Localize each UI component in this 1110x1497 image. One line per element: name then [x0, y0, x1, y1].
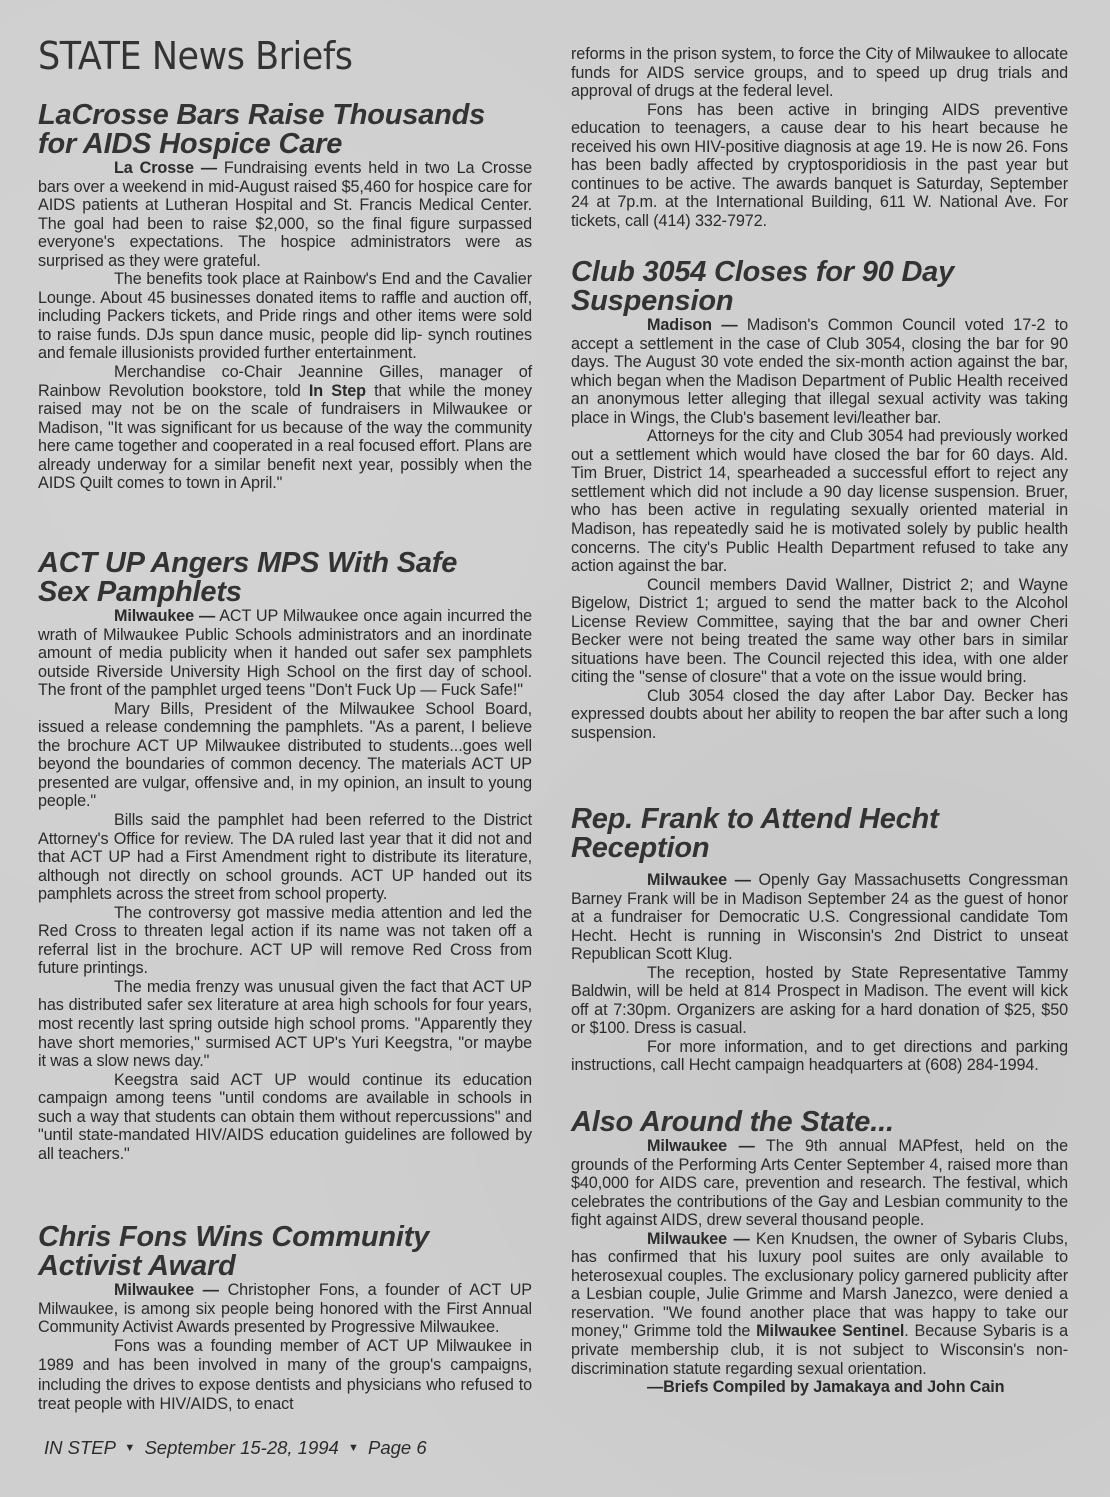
headline-line-2: for AIDS Hospice Care	[38, 128, 342, 160]
publication-name: IN STEP	[44, 1437, 115, 1458]
headline-line-1: Rep. Frank to Attend Hecht	[571, 803, 939, 835]
headline-line-1: Chris Fons Wins Community	[38, 1221, 429, 1253]
headline-line-1: ACT UP Angers MPS With Safe	[38, 547, 457, 579]
paragraph: reforms in the prison system, to force t…	[571, 45, 1068, 101]
paragraph-text: Openly Gay Massachusetts Congressman Bar…	[571, 871, 1068, 963]
article-body: Milwaukee — The 9th annual MAPfest, held…	[571, 1137, 1068, 1397]
headline-line-2: Activist Award	[38, 1250, 236, 1282]
article-headline: Also Around the State...	[571, 1108, 1068, 1137]
article-body: Milwaukee — ACT UP Milwaukee once again …	[38, 607, 532, 1163]
paragraph-text: Christopher Fons, a founder of ACT UP Mi…	[38, 1281, 532, 1336]
article-actup: ACT UP Angers MPS With Safe Sex Pamphlet…	[38, 549, 532, 1163]
paragraph-text: ACT UP Milwaukee once again incurred the…	[38, 607, 532, 699]
paragraph: Merchandise co-Chair Jeannine Gilles, ma…	[38, 363, 532, 493]
article-headline: Chris Fons Wins Community Activist Award	[38, 1223, 532, 1281]
article-headline: LaCrosse Bars Raise Thousands for AIDS H…	[38, 101, 532, 159]
article-body: Milwaukee — Christopher Fons, a founder …	[38, 1281, 532, 1415]
article-frank: Rep. Frank to Attend Hecht Reception Mil…	[571, 805, 1068, 1075]
article-fons: Chris Fons Wins Community Activist Award…	[38, 1223, 532, 1415]
article-also-around-state: Also Around the State... Milwaukee — The…	[571, 1108, 1068, 1397]
dateline: La Crosse —	[114, 159, 217, 177]
headline-line-2: Reception	[571, 832, 709, 864]
paragraph: Council members David Wallner, District …	[571, 576, 1068, 687]
dateline: Milwaukee —	[647, 871, 751, 889]
paragraph: La Crosse — Fundraising events held in t…	[38, 159, 532, 270]
paragraph: Madison — Madison's Common Council voted…	[571, 316, 1068, 427]
paragraph: The reception, hosted by State Represent…	[571, 964, 1068, 1038]
dateline: Milwaukee —	[647, 1137, 755, 1155]
paragraph: Milwaukee — ACT UP Milwaukee once again …	[38, 607, 532, 700]
paragraph: Milwaukee — Ken Knudsen, the owner of Sy…	[571, 1230, 1068, 1378]
headline-line-1: LaCrosse Bars Raise Thousands	[38, 99, 485, 131]
dateline: Milwaukee —	[114, 1281, 219, 1299]
publication-name: In Step	[309, 382, 366, 400]
paragraph: The media frenzy was unusual given the f…	[38, 978, 532, 1071]
triangle-down-icon: ▼	[348, 1442, 359, 1454]
article-headline: Club 3054 Closes for 90 Day Suspension	[571, 258, 1068, 316]
dateline: Milwaukee —	[114, 607, 215, 625]
dateline: Madison —	[647, 316, 737, 334]
paragraph: Fons has been active in bringing AIDS pr…	[571, 101, 1068, 231]
paragraph: The controversy got massive media attent…	[38, 904, 532, 978]
page-footer: IN STEP ▼ September 15-28, 1994 ▼ Page 6	[44, 1437, 427, 1459]
article-body: Milwaukee — Openly Gay Massachusetts Con…	[571, 871, 1068, 1075]
paragraph-text: Madison's Common Council voted 17-2 to a…	[571, 316, 1068, 427]
article-body: Madison — Madison's Common Council voted…	[571, 316, 1068, 743]
article-body: reforms in the prison system, to force t…	[571, 45, 1068, 230]
paragraph: Milwaukee — Openly Gay Massachusetts Con…	[571, 871, 1068, 964]
paragraph: For more information, and to get directi…	[571, 1038, 1068, 1075]
paragraph: Milwaukee — The 9th annual MAPfest, held…	[571, 1137, 1068, 1230]
article-fons-continued: reforms in the prison system, to force t…	[571, 45, 1068, 230]
paragraph: Bills said the pamphlet had been referre…	[38, 811, 532, 904]
triangle-down-icon: ▼	[124, 1442, 135, 1454]
section-title: STATE News Briefs	[38, 34, 352, 78]
newspaper-page: STATE News Briefs LaCrosse Bars Raise Th…	[0, 0, 1110, 1497]
paragraph: Attorneys for the city and Club 3054 had…	[571, 427, 1068, 575]
dateline: Milwaukee —	[647, 1230, 750, 1248]
headline-line-2: Sex Pamphlets	[38, 576, 242, 608]
article-club3054: Club 3054 Closes for 90 Day Suspension M…	[571, 258, 1068, 743]
article-body: La Crosse — Fundraising events held in t…	[38, 159, 532, 493]
paragraph: Mary Bills, President of the Milwaukee S…	[38, 700, 532, 811]
issue-date: September 15-28, 1994	[144, 1437, 338, 1458]
paragraph-text: The 9th annual MAPfest, held on the grou…	[571, 1137, 1068, 1229]
article-headline: ACT UP Angers MPS With Safe Sex Pamphlet…	[38, 549, 532, 607]
headline-line-1: Club 3054 Closes for 90 Day	[571, 256, 954, 288]
paragraph: Club 3054 closed the day after Labor Day…	[571, 687, 1068, 743]
paragraph: Keegstra said ACT UP would continue its …	[38, 1071, 532, 1164]
article-lacrosse: LaCrosse Bars Raise Thousands for AIDS H…	[38, 101, 532, 493]
headline-line-2: Suspension	[571, 285, 733, 317]
publication-name: Milwaukee Sentinel	[756, 1322, 904, 1340]
paragraph-text: Fundraising events held in two La Crosse…	[38, 159, 532, 270]
article-headline: Rep. Frank to Attend Hecht Reception	[571, 805, 1068, 863]
paragraph: The benefits took place at Rainbow's End…	[38, 270, 532, 363]
paragraph: Milwaukee — Christopher Fons, a founder …	[38, 1281, 532, 1337]
paragraph: Fons was a founding member of ACT UP Mil…	[38, 1337, 532, 1415]
page-number: Page 6	[368, 1437, 427, 1458]
byline-credit: —Briefs Compiled by Jamakaya and John Ca…	[571, 1378, 1068, 1397]
